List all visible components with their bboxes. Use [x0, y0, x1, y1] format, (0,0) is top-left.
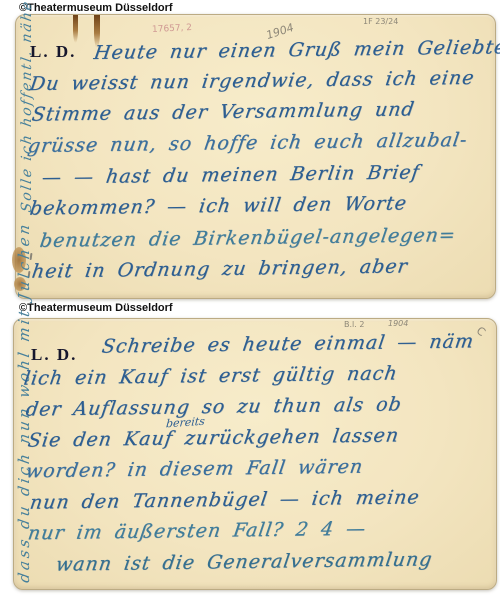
annotation-year: 1904 — [388, 319, 408, 328]
handwriting-line: der Auflassung so zu thun als ob — [24, 393, 403, 420]
handwriting-line: nun den Tannenbügel — ich meine — [28, 486, 421, 513]
handwriting-line: Heute nur einen Gruß mein Geliebtes — [92, 36, 500, 64]
handwriting-line: benutzen die Birkenbügel-angelegen= — [38, 224, 457, 252]
annotation-corner: C — [474, 324, 488, 339]
handwriting-line: nur im äußersten Fall? 2 4 — — [26, 518, 367, 545]
handwriting-line: Stimme aus der Versammlung und — [30, 98, 416, 125]
handwriting-line: lich ein Kauf ist erst gültig nach — [22, 362, 399, 389]
postcard-2: B.l. 2 1904 C L. D. dass du dich nun woh… — [13, 318, 497, 590]
annotation-inventory: B.l. 2 — [344, 320, 364, 329]
watermark-credit: ©Theatermuseum Düsseldorf — [19, 302, 173, 314]
annotation-corner: 1F 23/24 — [363, 17, 398, 26]
handwriting-line: wann ist die Generalversammlung — [54, 548, 434, 575]
handwriting-line: Schreibe es heute einmal — näm — [100, 330, 475, 357]
postcard-1: 17657, 2 1904 1F 23/24 L. D. Solle ich h… — [15, 14, 496, 299]
handwriting-line: grüsse nun, so hoffe ich euch allzubal- — [26, 129, 469, 157]
handwriting-line: Du weisst nun irgendwie, dass ich eine — [28, 67, 476, 95]
printed-initials: L. D. — [31, 345, 77, 365]
handwriting-line: Sie den Kauf zurückgehen lassen — [26, 424, 400, 451]
watermark-credit: ©Theatermuseum Düsseldorf — [19, 2, 173, 14]
handwriting-line: bekommen? — ich will den Worte — [28, 192, 408, 219]
handwriting-line: heit in Ordnung zu bringen, aber — [30, 255, 409, 282]
handwriting-line: worden? in diesem Fall wären — [24, 456, 364, 483]
ink-drip-stain — [73, 15, 78, 43]
handwriting-line: — — hast du meinen Berlin Brief — [40, 161, 421, 188]
printed-initials: L. D. — [30, 42, 76, 62]
annotation-inventory: 17657, 2 — [152, 23, 193, 35]
